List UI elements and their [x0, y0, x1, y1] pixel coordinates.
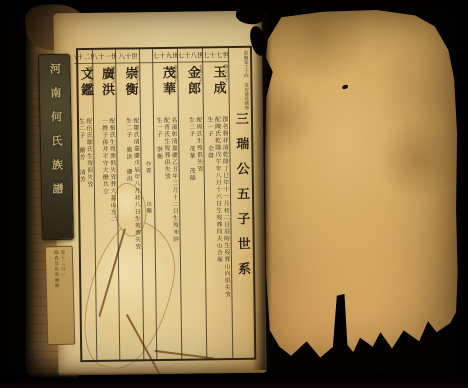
person-name: 文鑑 — [76, 67, 95, 99]
gutter-shadow — [252, 12, 272, 370]
right-page — [264, 10, 458, 374]
generation-header — [140, 49, 153, 63]
title-annotation: 前編卷之十四 茂房裔孫續修 — [243, 51, 249, 110]
spine-sublabel-line: 卷十三行一 — [59, 250, 67, 344]
lineage-title: 三瑞公五子世系 — [231, 112, 252, 287]
spacer-note: 作霖 — [144, 161, 152, 174]
photo-bottom-edge — [0, 372, 468, 388]
generation-header: 八十一世 — [93, 50, 116, 64]
photo-of-genealogy-book: 前編卷之十四 茂房裔孫續修 三瑞公五子世系 七十七世 瑞公五子 玉成 郡名發祥清… — [0, 0, 468, 388]
title-annotation-line: 前編卷之十四 — [243, 51, 248, 78]
spine-title-label: 河南何氏族譜 — [38, 54, 74, 241]
person-details: 配張氏生歿葬俱失攷葬大墓山左二 一携子孫井平守大醮共立 — [95, 118, 118, 354]
person-name: 金郎 — [183, 65, 202, 97]
person-details: 名淑彰清嘉慶乙丑年三月十二日生歿未詳 配青氏生歿葬俱失攷 生一子 崇衡 — [155, 117, 180, 353]
generation-header: 七十七世 — [203, 48, 229, 62]
generation-header: 七十八世 — [178, 48, 203, 62]
left-page: 前編卷之十四 茂房裔孫續修 三瑞公五子世系 七十七世 瑞公五子 玉成 郡名發祥清… — [53, 11, 266, 376]
spine-sublabel: 鄒真等世系齒錄 卷十三行一 — [45, 246, 76, 346]
person-details: 郡名發祥清乾隆丁巳年十一月初二日辰時生歿葬山向俱失攷 配陳氏乾隆戊午年八月十六日… — [205, 116, 231, 352]
printed-frame: 前編卷之十四 茂房裔孫續修 三瑞公五子世系 七十七世 瑞公五子 玉成 郡名發祥清… — [76, 46, 256, 362]
generation-header: 七十九世 — [153, 49, 178, 63]
person-name: 茂華 — [158, 66, 177, 98]
person-name: 崇衡 — [120, 66, 139, 98]
person-details: 配鄒氏清嘉慶戊辰年八月初八日生歿葬失攷 生二子 廣洪 慶洪 — [118, 117, 142, 353]
person-name: 玉成 — [208, 65, 227, 97]
title-annotation-line: 茂房裔孫續修 — [243, 83, 248, 110]
generation-header: 八十二世 — [74, 50, 93, 64]
spacer-note: 出繼 — [144, 201, 152, 214]
generation-header: 八十世 — [116, 49, 140, 63]
person-details: 配伍氏鄒氏生歿俱失攷 生二子 蘭芳 清芳 — [76, 118, 95, 354]
person-name: 廣洪 — [97, 67, 116, 99]
person-details: 配周氏生歿俱失攷 生二子 茂華 茂隆 — [180, 116, 205, 352]
paper-stains — [264, 10, 458, 374]
generation-column-82: 八十二世 廣洪次子 文鑑 配伍氏鄒氏生歿俱失攷 生二子 蘭芳 清芳 — [74, 50, 97, 360]
spine-title: 河南何氏族譜 — [46, 55, 66, 239]
